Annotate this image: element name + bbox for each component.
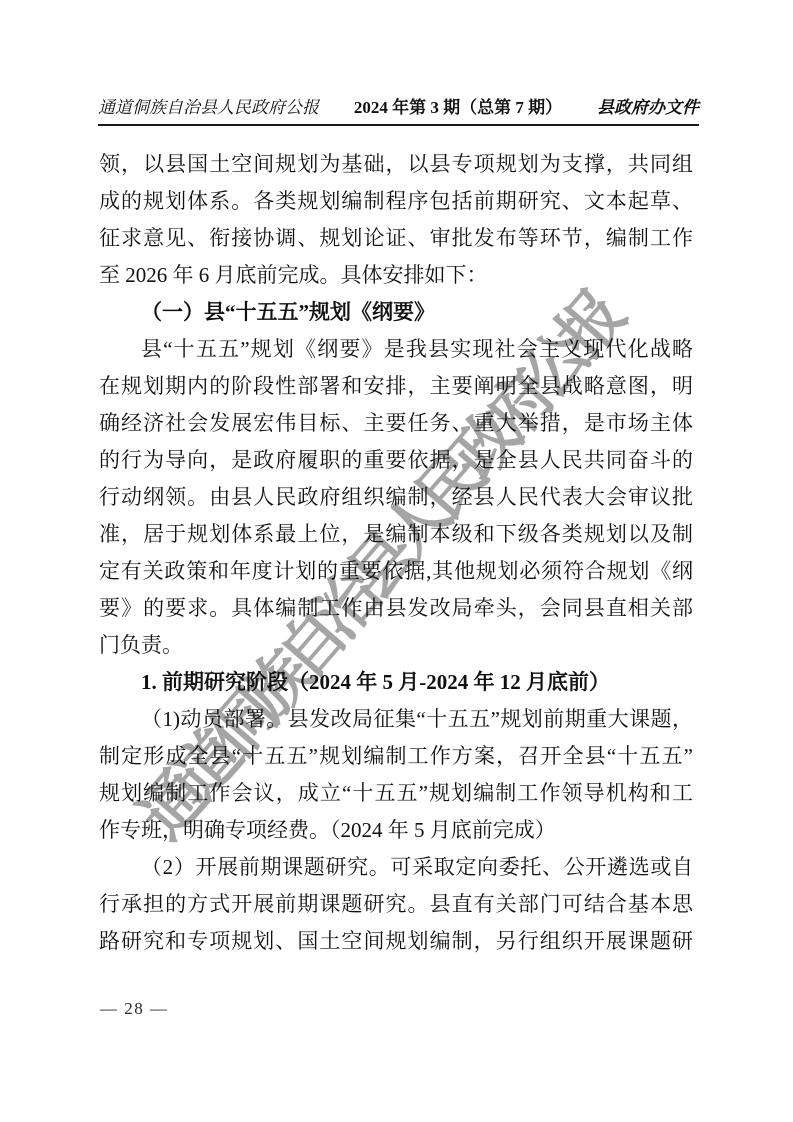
text-line: （2）开展前期课题研究。可采取定向委托、公开遴选或自 xyxy=(99,849,693,886)
text-line: 的行为导向，是政府履职的重要依据，是全县人民共同奋斗的 xyxy=(99,442,693,479)
text-line: 定有关政策和年度计划的重要依据,其他规划必须符合规划《纲 xyxy=(99,553,693,590)
text-line: （一）县“十五五”规划《纲要》 xyxy=(99,294,693,331)
text-line: 路研究和专项规划、国土空间规划编制，另行组织开展课题研 xyxy=(99,923,693,960)
text-line: 县“十五五”规划《纲要》是我县实现社会主义现代化战略 xyxy=(99,331,693,368)
paragraph: （1)动员部署。县发改局征集“十五五”规划前期重大课题，制定形成全县“十五五”规… xyxy=(99,701,693,849)
text-line: 1. 前期研究阶段（2024 年 5 月-2024 年 12 月底前） xyxy=(99,664,693,701)
text-line: 行动纲领。由县人民政府组织编制，经县人民代表大会审议批 xyxy=(99,479,693,516)
gazette-title: 通道侗族自治县人民政府公报 xyxy=(98,97,319,119)
header-divider xyxy=(98,124,699,126)
document-body: 领，以县国土空间规划为基础，以县专项规划为支撑，共同组成的规划体系。各类规划编制… xyxy=(99,146,693,960)
text-line: 行承担的方式开展前期课题研究。县直有关部门可结合基本思 xyxy=(99,886,693,923)
doc-category: 县政府办文件 xyxy=(597,97,699,119)
issue-info: 2024 年第 3 期（总第 7 期） xyxy=(354,97,562,119)
text-line: 成的规划体系。各类规划编制程序包括前期研究、文本起草、 xyxy=(99,183,693,220)
text-line: 确经济社会发展宏伟目标、主要任务、重大举措，是市场主体 xyxy=(99,405,693,442)
text-line: 作专班，明确专项经费。（2024 年 5 月底前完成） xyxy=(99,812,693,849)
page-header: 通道侗族自治县人民政府公报 2024 年第 3 期（总第 7 期） 县政府办文件 xyxy=(98,97,699,119)
page-number: — 28 — xyxy=(100,999,169,1019)
text-line: 至 2026 年 6 月底前完成。具体安排如下： xyxy=(99,257,693,294)
section-heading: 1. 前期研究阶段（2024 年 5 月-2024 年 12 月底前） xyxy=(99,664,693,701)
paragraph: 领，以县国土空间规划为基础，以县专项规划为支撑，共同组成的规划体系。各类规划编制… xyxy=(99,146,693,294)
text-line: 门负责。 xyxy=(99,627,693,664)
paragraph: 县“十五五”规划《纲要》是我县实现社会主义现代化战略在规划期内的阶段性部署和安排… xyxy=(99,331,693,664)
text-line: 征求意见、衔接协调、规划论证、审批发布等环节，编制工作 xyxy=(99,220,693,257)
text-line: 要》的要求。具体编制工作由县发改局牵头，会同县直相关部 xyxy=(99,590,693,627)
text-line: 制定形成全县“十五五”规划编制工作方案，召开全县“十五五” xyxy=(99,738,693,775)
text-line: 在规划期内的阶段性部署和安排，主要阐明全县战略意图，明 xyxy=(99,368,693,405)
text-line: （1)动员部署。县发改局征集“十五五”规划前期重大课题， xyxy=(99,701,693,738)
text-line: 领，以县国土空间规划为基础，以县专项规划为支撑，共同组 xyxy=(99,146,693,183)
gazette-page: 通道侗族自治县人民政府公报 2024 年第 3 期（总第 7 期） 县政府办文件… xyxy=(0,0,793,1122)
paragraph: （2）开展前期课题研究。可采取定向委托、公开遴选或自行承担的方式开展前期课题研究… xyxy=(99,849,693,960)
text-line: 准，居于规划体系最上位，是编制本级和下级各类规划以及制 xyxy=(99,516,693,553)
section-heading: （一）县“十五五”规划《纲要》 xyxy=(99,294,693,331)
text-line: 规划编制工作会议，成立“十五五”规划编制工作领导机构和工 xyxy=(99,775,693,812)
